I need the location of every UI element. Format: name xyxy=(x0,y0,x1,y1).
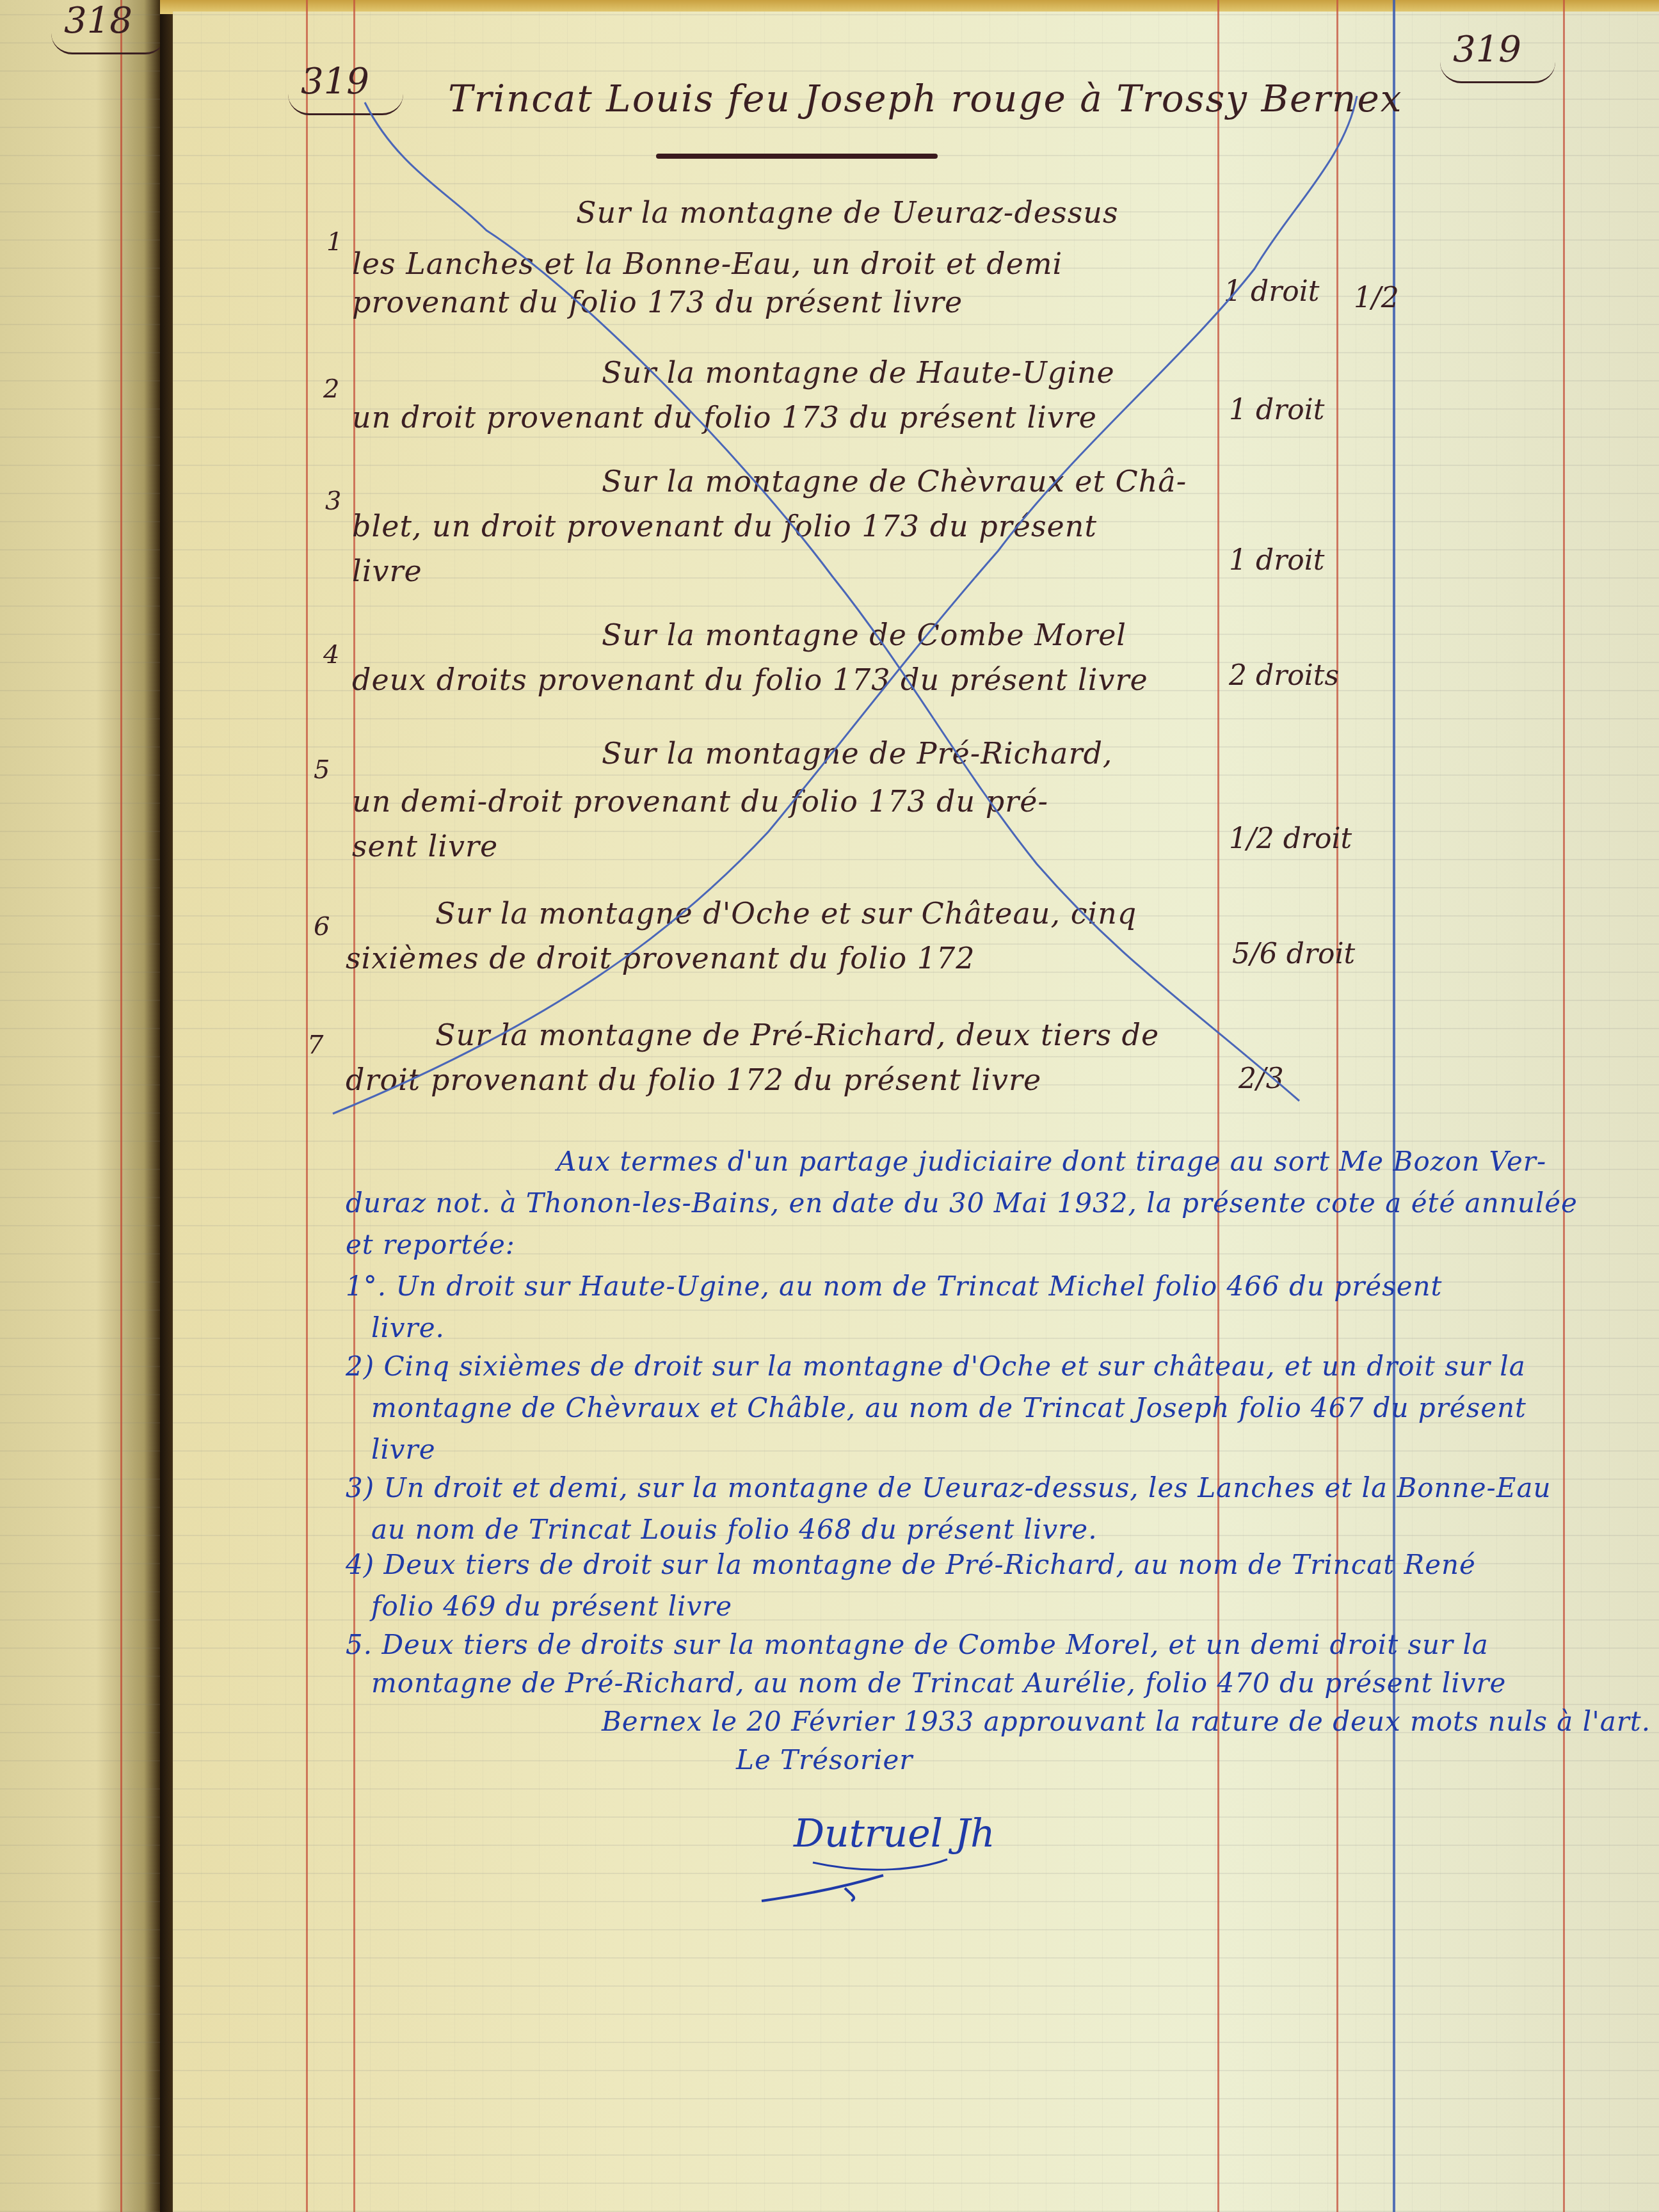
page-number-margin: 319 xyxy=(301,61,369,102)
annotation-item-line: livre. xyxy=(371,1312,445,1343)
left-page: 318 xyxy=(0,0,160,2212)
entry-quantity: 2 droits xyxy=(1229,659,1339,692)
annotation-line: et reportée: xyxy=(346,1229,515,1260)
entry-quantity: 1 droit xyxy=(1229,544,1324,577)
title-underline xyxy=(656,154,938,159)
annotation-item-line: au nom de Trincat Louis folio 468 du pré… xyxy=(371,1514,1098,1545)
annotation-item-line: 3) Un droit et demi, sur la montagne de … xyxy=(346,1472,1551,1503)
entry-quantity: 2/3 xyxy=(1238,1062,1284,1095)
annotation-item-line: montagne de Pré-Richard, au nom de Trinc… xyxy=(371,1667,1506,1699)
entry-number: 4 xyxy=(323,640,339,669)
entry-line: Sur la montagne de Pré-Richard, deux tie… xyxy=(435,1018,1159,1052)
entry-line: droit provenant du folio 172 du présent … xyxy=(346,1062,1041,1097)
entry-line: provenant du folio 173 du présent livre xyxy=(352,285,963,319)
entry-line: Sur la montagne de Combe Morel xyxy=(602,618,1126,652)
left-page-grid xyxy=(0,0,160,2212)
entry-number: 5 xyxy=(314,755,330,785)
entry-fraction: 1/2 xyxy=(1354,282,1399,314)
entry-line: deux droits provenant du folio 173 du pr… xyxy=(352,662,1148,697)
entry-line: Sur la montagne de Pré-Richard, xyxy=(602,736,1113,771)
signature-flourish-icon xyxy=(755,1856,960,1907)
signature: Dutruel Jh xyxy=(794,1811,995,1856)
left-page-number: 318 xyxy=(64,0,132,42)
entry-line: les Lanches et la Bonne-Eau, un droit et… xyxy=(352,246,1062,281)
annotation-item-line: 2) Cinq sixièmes de droit sur la montagn… xyxy=(346,1350,1526,1382)
annotation-item-line: 4) Deux tiers de droit sur la montagne d… xyxy=(346,1549,1476,1580)
annotation-item-line: montagne de Chèvraux et Châble, au nom d… xyxy=(371,1392,1527,1423)
entry-line: sent livre xyxy=(352,829,498,863)
signatory-title: Le Trésorier xyxy=(736,1744,913,1775)
blue-column-rule xyxy=(1393,0,1395,2212)
entry-line: Sur la montagne de Chèvraux et Châ- xyxy=(602,464,1187,499)
margin-rule-1 xyxy=(306,0,308,2212)
page-number-underline xyxy=(288,94,403,115)
annotation-item-line: folio 469 du présent livre xyxy=(371,1591,732,1622)
entry-number: 6 xyxy=(314,912,330,942)
page-number-underline xyxy=(51,33,166,54)
margin-rule-2 xyxy=(353,0,355,2212)
entry-line: blet, un droit provenant du folio 173 du… xyxy=(352,509,1097,543)
entry-number: 1 xyxy=(326,227,342,257)
approval-line: Bernex le 20 Février 1933 approuvant la … xyxy=(602,1706,1659,1737)
page-number-corner: 319 xyxy=(1453,29,1521,70)
entry-quantity: 1 droit xyxy=(1224,275,1319,308)
entry-line: un droit provenant du folio 173 du prése… xyxy=(352,400,1097,435)
far-right-rule xyxy=(1563,0,1565,2212)
annotation-item-line: livre xyxy=(371,1434,436,1465)
entry-line: sixièmes de droit provenant du folio 172 xyxy=(346,941,975,975)
left-page-red-rule xyxy=(120,0,122,2212)
entry-number: 3 xyxy=(325,486,341,516)
entry-number: 7 xyxy=(307,1030,323,1060)
entry-quantity: 5/6 droit xyxy=(1232,938,1355,970)
annotation-item-line: 1°. Un droit sur Haute-Ugine, au nom de … xyxy=(346,1270,1442,1302)
quantity-column-rule-left xyxy=(1217,0,1219,2212)
quantity-column-rule-right xyxy=(1336,0,1338,2212)
entry-line: Sur la montagne d'Oche et sur Château, c… xyxy=(435,896,1137,931)
account-title: Trincat Louis feu Joseph rouge à Trossy … xyxy=(448,77,1402,120)
page-number-underline xyxy=(1440,62,1555,83)
entry-line: livre xyxy=(352,554,422,588)
annotation-line: duraz not. à Thonon-les-Bains, en date d… xyxy=(346,1187,1578,1219)
annotation-item-line: 5. Deux tiers de droits sur la montagne … xyxy=(346,1629,1489,1660)
entry-line: Sur la montagne de Haute-Ugine xyxy=(602,355,1115,390)
entry-quantity: 1 droit xyxy=(1229,394,1324,426)
entry-number: 2 xyxy=(323,374,339,404)
entry-quantity: 1/2 droit xyxy=(1229,822,1352,855)
entry-line: un demi-droit provenant du folio 173 du … xyxy=(352,784,1048,819)
annotation-line: Aux termes d'un partage judiciaire dont … xyxy=(557,1146,1546,1177)
entry-line: Sur la montagne de Ueuraz-dessus xyxy=(576,195,1119,230)
